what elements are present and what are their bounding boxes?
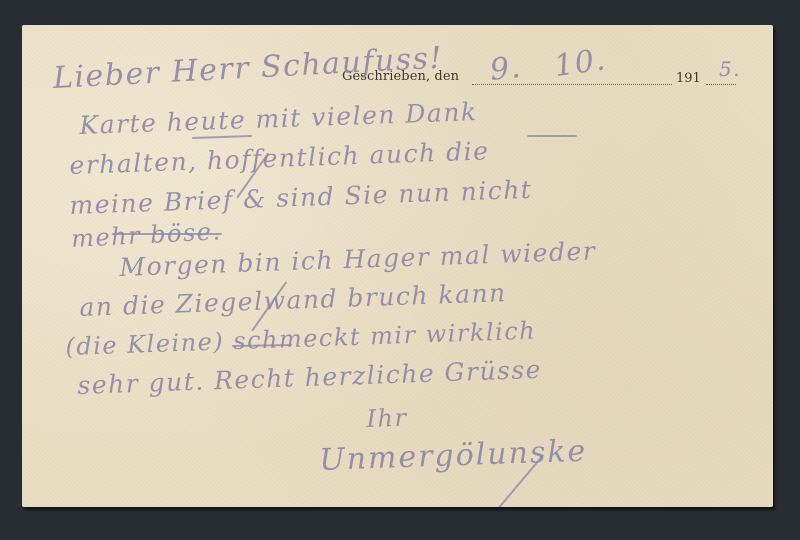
handwritten-closing: Ihr	[366, 404, 408, 433]
pen-stroke	[112, 233, 222, 235]
handwritten-line: erhalten, hoffentlich auch die	[69, 136, 490, 180]
printed-year-prefix: 191	[676, 71, 701, 86]
handwritten-salutation: Lieber Herr Schaufuss!	[52, 41, 444, 96]
handwritten-date-month: 10.	[552, 42, 609, 84]
handwritten-signature: Unmergölunske	[319, 434, 588, 478]
handwritten-date-year: 5.	[719, 57, 741, 81]
handwritten-line: meine Brief & sind Sie nun nicht	[69, 175, 533, 220]
handwritten-date-day: 9.	[488, 50, 523, 88]
handwritten-line: (die Kleine) schmeckt mir wirklich	[65, 317, 537, 361]
postcard: Geschrieben, den 191 9. 10. 5. Lieber He…	[22, 25, 773, 507]
handwritten-line: mehr böse.	[71, 217, 223, 253]
handwritten-line: Karte heute mit vielen Dank	[79, 97, 478, 140]
handwritten-line: an die Ziegelwand bruch kann	[79, 278, 507, 322]
pen-stroke	[527, 135, 577, 137]
handwritten-line: sehr gut. Recht herzliche Grüsse	[77, 355, 542, 400]
year-dotted-line	[706, 84, 736, 85]
